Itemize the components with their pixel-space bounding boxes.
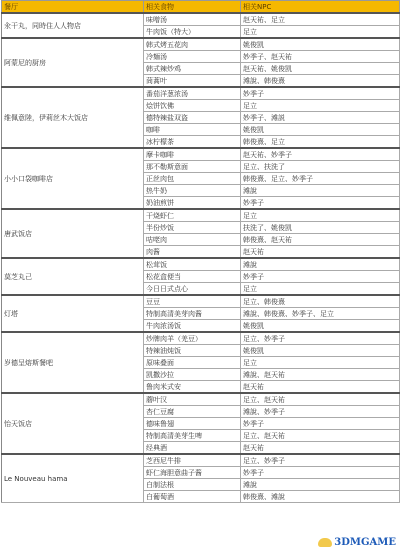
- npc-cell: 滩說、妙季子: [241, 406, 400, 418]
- food-cell: 冷麺汤: [144, 51, 241, 63]
- watermark-text-game: GAME: [361, 537, 396, 548]
- npc-cell: 赵天祐、姚俊凯: [241, 63, 400, 75]
- food-cell: 特制高清美芽肉酱: [144, 308, 241, 320]
- restaurant-group: 岁德呈熔斯餐吧炒牌肉羊（羌豆）足立、妙季子特辣油炖饭姚俊凯原味叠面足立凯撒沙拉滩…: [2, 332, 400, 393]
- food-cell: 那不勒斯意面: [144, 161, 241, 173]
- food-cell: 白葡萄酒: [144, 491, 241, 503]
- restaurant-name: 怡天饭店: [2, 393, 144, 454]
- npc-cell: 赵天祐: [241, 246, 400, 259]
- food-cell: 肉酱: [144, 246, 241, 259]
- npc-cell: 妙季子、赵天祐: [241, 51, 400, 63]
- restaurant-name: 小小口袋咖啡店: [2, 148, 144, 209]
- restaurant-name: 阿蒙尼的厨房: [2, 38, 144, 87]
- table-row: 唐武饭店干烧虾仁足立: [2, 209, 400, 222]
- food-cell: 韩式辣炒鸡: [144, 63, 241, 75]
- food-cell: 摩卡咖啡: [144, 148, 241, 161]
- npc-cell: 滩說、韩俊熹: [241, 75, 400, 88]
- table-row: Le Nouveau hama芝西尼牛排足立、妙季子: [2, 454, 400, 467]
- table-row: 汆干丸，同時住人人物店味噌汤赵天祐、足立: [2, 13, 400, 26]
- npc-cell: 赵天祐: [241, 381, 400, 394]
- food-cell: 干烧虾仁: [144, 209, 241, 222]
- restaurant-group: 小小口袋咖啡店摩卡咖啡赵天祐、妙季子那不勒斯意面足立、扶洗了正丝肉包韩俊熹、足立…: [2, 148, 400, 209]
- restaurant-name: 唐武饭店: [2, 209, 144, 258]
- npc-cell: 韩俊熹、足立、妙季子: [241, 173, 400, 185]
- food-cell: 杏仁豆腐: [144, 406, 241, 418]
- restaurant-group: 唐武饭店干烧虾仁足立半份炒饭扶洗了、姚俊凯咕咾肉韩俊熹、赵天祐肉酱赵天祐: [2, 209, 400, 258]
- food-cell: 德特辣盐双盗: [144, 112, 241, 124]
- restaurant-name: 汆干丸，同時住人人物店: [2, 13, 144, 38]
- npc-cell: 妙季子: [241, 271, 400, 283]
- npc-cell: 妙季子: [241, 87, 400, 100]
- food-cell: 经典酒: [144, 442, 241, 455]
- table-row: 维佩意陸，伊莉丝木大饭店番茄洋葱浓汤妙季子: [2, 87, 400, 100]
- npc-cell: 赵天祐、足立: [241, 13, 400, 26]
- header-npc: 相关NPC: [241, 1, 400, 14]
- npc-cell: 足立: [241, 26, 400, 39]
- npc-cell: 韩俊熹、足立: [241, 136, 400, 149]
- npc-cell: 足立、赵天祐: [241, 430, 400, 442]
- npc-cell: 滩說、韩俊熹、妙季子、足立: [241, 308, 400, 320]
- npc-cell: 足立、妙季子: [241, 454, 400, 467]
- restaurant-name: 岁德呈熔斯餐吧: [2, 332, 144, 393]
- restaurant-name: Le Nouveau hama: [2, 454, 144, 503]
- restaurant-food-npc-table: 餐厅 相关食物 相关NPC 汆干丸，同時住人人物店味噌汤赵天祐、足立牛肉饭（特大…: [1, 0, 400, 503]
- watermark-3dmgame: 3DMGAME: [318, 537, 396, 548]
- 3dm-logo-icon: [318, 538, 332, 547]
- restaurant-group: 灯塔豆豆足立、韩俊熹特制高清美芽肉酱滩說、韩俊熹、妙季子、足立牛肉浓汤饭姚俊凯: [2, 295, 400, 332]
- food-cell: 鲁肉米式安: [144, 381, 241, 394]
- npc-cell: 妙季子: [241, 467, 400, 479]
- food-cell: 蘑叶汉: [144, 393, 241, 406]
- restaurant-group: 汆干丸，同時住人人物店味噌汤赵天祐、足立牛肉饭（特大）足立: [2, 13, 400, 38]
- npc-cell: 姚俊凯: [241, 38, 400, 51]
- food-cell: 半份炒饭: [144, 222, 241, 234]
- header-row: 餐厅 相关食物 相关NPC: [2, 1, 400, 14]
- restaurant-group: Le Nouveau hama芝西尼牛排足立、妙季子虾仁海胆意曲子酱妙季子白制法…: [2, 454, 400, 503]
- food-cell: 松茸饭: [144, 258, 241, 271]
- npc-cell: 滩說: [241, 258, 400, 271]
- npc-cell: 妙季子、滩説: [241, 112, 400, 124]
- npc-cell: 姚俊凯: [241, 345, 400, 357]
- food-cell: 德味鲁翅: [144, 418, 241, 430]
- npc-cell: 扶洗了、姚俊凯: [241, 222, 400, 234]
- npc-cell: 姚俊凯: [241, 124, 400, 136]
- food-cell: 牛肉饭（特大）: [144, 26, 241, 39]
- header-restaurant: 餐厅: [2, 1, 144, 14]
- restaurant-group: 怡天饭店蘑叶汉足立、赵天祐杏仁豆腐滩說、妙季子德味鲁翅妙季子特制高清美芽生啤足立…: [2, 393, 400, 454]
- food-cell: 芝西尼牛排: [144, 454, 241, 467]
- food-cell: 豆豆: [144, 295, 241, 308]
- npc-cell: 足立、赵天祐: [241, 393, 400, 406]
- npc-cell: 滩說: [241, 185, 400, 197]
- food-cell: 味噌汤: [144, 13, 241, 26]
- table-row: 莫芝丸己松茸饭滩說: [2, 258, 400, 271]
- restaurant-name: 莫芝丸己: [2, 258, 144, 295]
- food-cell: 特制高清美芽生啤: [144, 430, 241, 442]
- npc-cell: 滩說、赵天祐: [241, 369, 400, 381]
- npc-cell: 赵天祐: [241, 442, 400, 455]
- food-cell: 虾仁海胆意曲子酱: [144, 467, 241, 479]
- npc-cell: 足立: [241, 100, 400, 112]
- restaurant-group: 阿蒙尼的厨房韩式烤五花肉姚俊凯冷麺汤妙季子、赵天祐韩式辣炒鸡赵天祐、姚俊凯茼蒿叶…: [2, 38, 400, 87]
- npc-cell: 韩俊熹、赵天祐: [241, 234, 400, 246]
- npc-cell: 赵天祐、妙季子: [241, 148, 400, 161]
- food-cell: 茼蒿叶: [144, 75, 241, 88]
- restaurant-group: 莫芝丸己松茸饭滩說松花盒便当妙季子今日日式点心足立: [2, 258, 400, 295]
- restaurant-group: 维佩意陸，伊莉丝木大饭店番茄洋葱浓汤妙季子烩饼饮佛足立德特辣盐双盗妙季子、滩説咖…: [2, 87, 400, 148]
- npc-cell: 足立: [241, 357, 400, 369]
- table-row: 岁德呈熔斯餐吧炒牌肉羊（羌豆）足立、妙季子: [2, 332, 400, 345]
- food-cell: 冰柠檬茶: [144, 136, 241, 149]
- npc-cell: 妙季子: [241, 197, 400, 210]
- table-row: 灯塔豆豆足立、韩俊熹: [2, 295, 400, 308]
- food-cell: 咖啡: [144, 124, 241, 136]
- watermark-text-3dm: 3DM: [334, 537, 361, 548]
- food-cell: 原味叠面: [144, 357, 241, 369]
- npc-cell: 足立、扶洗了: [241, 161, 400, 173]
- food-cell: 炒牌肉羊（羌豆）: [144, 332, 241, 345]
- food-cell: 牛肉浓汤饭: [144, 320, 241, 333]
- food-cell: 白制法根: [144, 479, 241, 491]
- npc-cell: 足立: [241, 209, 400, 222]
- food-cell: 韩式烤五花肉: [144, 38, 241, 51]
- npc-cell: 足立、妙季子: [241, 332, 400, 345]
- table-row: 怡天饭店蘑叶汉足立、赵天祐: [2, 393, 400, 406]
- food-cell: 今日日式点心: [144, 283, 241, 296]
- table-row: 小小口袋咖啡店摩卡咖啡赵天祐、妙季子: [2, 148, 400, 161]
- header-food: 相关食物: [144, 1, 241, 14]
- npc-cell: 足立、韩俊熹: [241, 295, 400, 308]
- food-cell: 正丝肉包: [144, 173, 241, 185]
- food-cell: 凯撒沙拉: [144, 369, 241, 381]
- npc-cell: 姚俊凯: [241, 320, 400, 333]
- food-cell: 烩饼饮佛: [144, 100, 241, 112]
- restaurant-name: 灯塔: [2, 295, 144, 332]
- npc-cell: 足立: [241, 283, 400, 296]
- food-cell: 松花盒便当: [144, 271, 241, 283]
- npc-cell: 韩俊熹、滩說: [241, 491, 400, 503]
- food-cell: 热牛奶: [144, 185, 241, 197]
- table-row: 阿蒙尼的厨房韩式烤五花肉姚俊凯: [2, 38, 400, 51]
- npc-cell: 滩說: [241, 479, 400, 491]
- food-cell: 特辣油炖饭: [144, 345, 241, 357]
- food-cell: 番茄洋葱浓汤: [144, 87, 241, 100]
- food-cell: 奶油煎饼: [144, 197, 241, 210]
- food-cell: 咕咾肉: [144, 234, 241, 246]
- restaurant-name: 维佩意陸，伊莉丝木大饭店: [2, 87, 144, 148]
- npc-cell: 妙季子: [241, 418, 400, 430]
